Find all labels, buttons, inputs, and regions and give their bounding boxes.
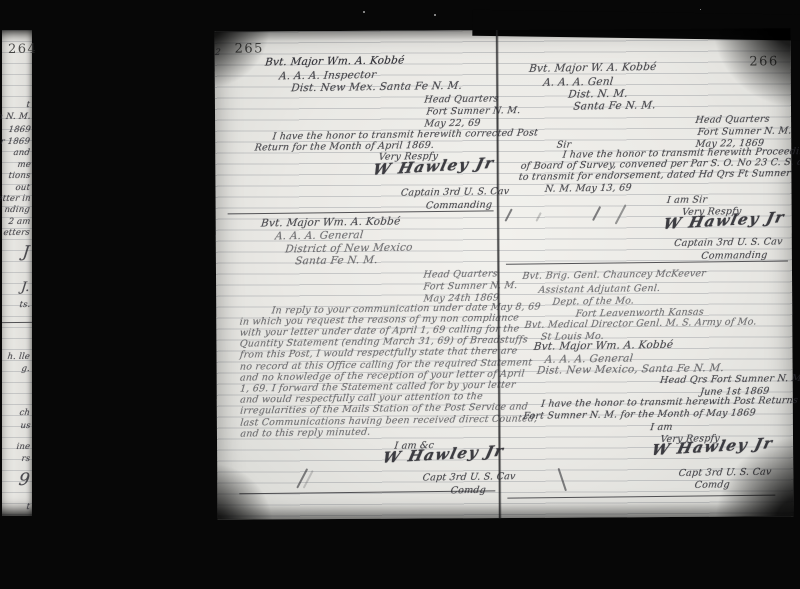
page-edge-fragment: out xyxy=(15,183,31,193)
ledger-spread: 265 2 Bvt. Major Wm. A. Kobbé A. A. A. I… xyxy=(215,28,794,520)
ink-mark xyxy=(592,206,601,221)
page-edge-fragment: ch xyxy=(19,408,31,418)
address-line: District of New Mexico xyxy=(285,241,414,255)
ink-mark xyxy=(535,212,541,222)
letter-separator-rule xyxy=(507,495,775,499)
dateline: Head Qrs Fort Sumner N. M. xyxy=(659,373,800,386)
dateline: Fort Sumner N. M. xyxy=(697,125,792,137)
page-edge-fragment: t xyxy=(26,100,31,110)
page-edge-flourish: 9 xyxy=(18,470,31,490)
page-edge-fragment: letter in xyxy=(0,194,31,204)
letter-separator-rule xyxy=(228,210,494,214)
signer-title: Comdg xyxy=(694,479,730,491)
page-edge-fragment: t xyxy=(26,502,31,512)
dateline: Head Quarters xyxy=(424,93,500,105)
page-number-264: 264 xyxy=(8,42,37,57)
address-line: Bvt. Medical Director Genl. M. S. Army o… xyxy=(524,316,757,330)
page-264-edge-strip: 264 t h N. M. 1869 r 1869 and me tions o… xyxy=(2,30,32,516)
page-edge-fragment: 1869 xyxy=(7,125,31,135)
ink-mark xyxy=(504,208,512,221)
page-edge-fragment: 2 am xyxy=(8,217,31,227)
body-line: and to this reply minuted. xyxy=(240,427,371,440)
page-edge-fragment: us xyxy=(20,421,31,431)
page-edge-flourish: J. xyxy=(21,280,31,295)
address-line: Bvt. Major Wm. A. Kobbé xyxy=(260,215,401,229)
closing-line: I am xyxy=(650,422,673,433)
body-line: I have the honor to transmit herewith Po… xyxy=(541,395,800,410)
address-line: Santa Fe N. M. xyxy=(295,254,379,267)
page-edge-fragment: ine xyxy=(16,442,31,452)
page-number-266: 266 xyxy=(749,54,778,69)
signature: W Hawley Jr xyxy=(662,208,787,233)
letter-separator-rule xyxy=(506,261,788,265)
page-edge-fragment: h. lle xyxy=(7,352,31,362)
dust-speck xyxy=(363,11,365,13)
dust-speck xyxy=(434,14,436,16)
address-line: Bvt. Major Wm. A. Kobbé xyxy=(533,339,674,353)
page-edge-fragment: etters xyxy=(3,228,31,238)
page-edge-rule xyxy=(2,322,32,323)
address-line: Dept. of the Mo. xyxy=(552,295,635,307)
address-line: Santa Fe N. M. xyxy=(573,99,657,112)
page-edge-fragment: me xyxy=(16,160,31,170)
address-line: Bvt. Major W. A. Kobbé xyxy=(528,61,657,75)
page-number-265: 265 xyxy=(235,41,264,56)
address-line: Dist. N. M. xyxy=(568,88,629,101)
dateline: Head Quarters xyxy=(423,268,499,280)
address-line: A. A. A. General xyxy=(274,229,364,242)
page-edge-fragment: nding xyxy=(4,205,31,215)
address-line: Bvt. Major Wm. A. Kobbé xyxy=(264,54,405,68)
ink-mark xyxy=(296,468,308,488)
dateline: Head Quarters xyxy=(695,114,771,126)
ink-mark xyxy=(615,204,627,224)
dust-speck xyxy=(700,9,701,10)
page-edge-fragment: r 1869 xyxy=(0,137,31,147)
signer-title: Capt 3rd U. S. Cav xyxy=(678,467,772,479)
address-line: Assistant Adjutant Genl. xyxy=(538,283,661,296)
address-line: A. A. A. Genl xyxy=(543,76,614,89)
margin-mark: 2 xyxy=(215,48,222,58)
page-edge-fragment: and xyxy=(13,148,31,158)
page-edge-fragment: ts. xyxy=(19,300,31,310)
signer-title: Captain 3rd U. S. Cav xyxy=(674,236,784,249)
address-line: Dist. New Mex. Santa Fe N. M. xyxy=(291,80,463,95)
page-edge-fragment: h N. M. xyxy=(0,112,31,122)
closing-line: I am Sir xyxy=(666,194,707,206)
page-edge-fragment: g. xyxy=(21,364,31,374)
signer-title: Captain 3rd U. S. Cav xyxy=(400,186,510,199)
page-edge-flourish: J xyxy=(22,242,31,261)
address-line: Bvt. Brig. Genl. Chauncey McKeever xyxy=(522,268,707,282)
body-line: N. M. May 13, 69 xyxy=(544,182,632,194)
page-266: 266 Bvt. Major W. A. Kobbé A. A. A. Genl… xyxy=(499,28,794,518)
ink-flourish xyxy=(558,468,567,491)
body-line: Fort Sumner N. M. for the Month of May 1… xyxy=(523,407,757,421)
microfilm-background: 264 t h N. M. 1869 r 1869 and me tions o… xyxy=(0,0,800,589)
page-edge-fragment: rs xyxy=(21,454,31,464)
page-edge-fragment: tions xyxy=(8,171,31,181)
page-265: 265 2 Bvt. Major Wm. A. Kobbé A. A. A. I… xyxy=(215,30,499,520)
